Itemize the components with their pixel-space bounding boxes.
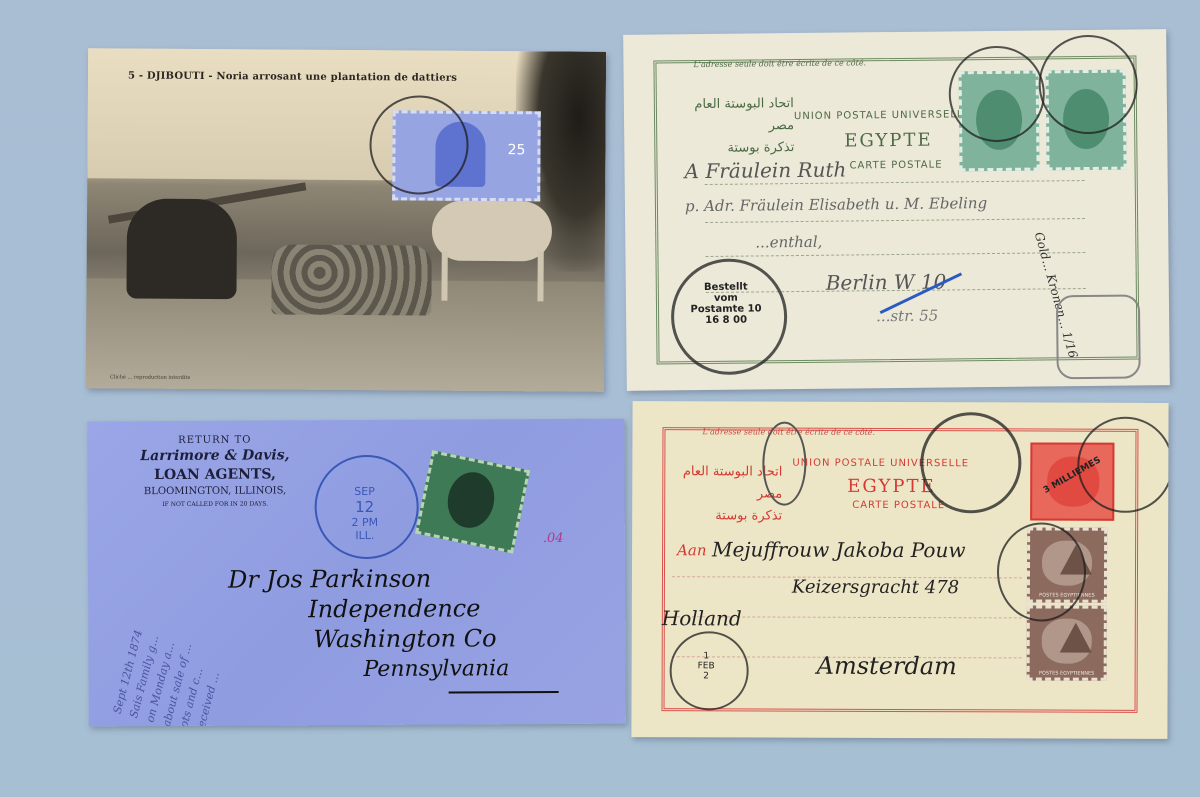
address-line-2: Keizersgracht 478 xyxy=(792,577,959,599)
address-instruction: L'adresse seule doit être écrite de ce c… xyxy=(693,58,866,69)
port-said-postmark xyxy=(948,45,1045,142)
departure-postmark xyxy=(997,522,1086,621)
address-line-1: A Fräulein Ruth xyxy=(684,158,846,184)
us-envelope: RETURN TO Larrimore & Davis, LOAN AGENTS… xyxy=(87,419,626,727)
postcard-caption: 5 - DJIBOUTI - Noria arrosant une planta… xyxy=(128,70,457,83)
portrait-icon xyxy=(443,468,499,532)
address-line-4: Amsterdam xyxy=(817,652,957,680)
transit-postmark xyxy=(1077,417,1168,513)
card-type: CARTE POSTALE xyxy=(852,500,945,511)
egypt-postcard-green: L'adresse seule doit être écrite de ce c… xyxy=(623,29,1170,391)
stamp-value: 25 xyxy=(508,142,526,158)
egypt-postcard-red: L'adresse seule doit être écrite de ce c… xyxy=(631,401,1168,739)
port-said-postmark xyxy=(1038,34,1138,134)
address-line-1: Mejuffrouw Jakoba Pouw xyxy=(712,537,965,562)
partial-postmark xyxy=(762,422,806,506)
company-city: BLOOMINGTON, ILLINOIS, xyxy=(88,485,343,497)
stamp-label: POSTES EGYPTIENNES xyxy=(1030,670,1104,676)
return-notice: IF NOT CALLED FOR IN 20 DAYS. xyxy=(88,500,343,508)
address-line-3: Holland xyxy=(662,606,742,630)
pyramid-icon xyxy=(1060,623,1092,653)
address-line-3: ...enthal, xyxy=(755,233,822,252)
arabic-line: اتحاد البوستة العام xyxy=(684,93,794,116)
company-name: Larrimore & Davis, xyxy=(87,447,342,464)
pencil-note: .04 xyxy=(543,531,564,546)
business-type: LOAN AGENTS, xyxy=(87,466,342,483)
djibouti-postcard: 5 - DJIBOUTI - Noria arrosant une planta… xyxy=(86,48,606,392)
card-type: CARTE POSTALE xyxy=(849,160,942,172)
dark-oxen xyxy=(126,198,237,299)
arabic-line: مصر xyxy=(684,115,794,138)
berlin-postmark-text: Bestellt vom Postamte 10 16 8 00 xyxy=(681,281,771,326)
address-line-4: Pennsylvania xyxy=(363,656,509,682)
country-name: EGYPTE xyxy=(844,130,933,152)
ship-postmark xyxy=(1056,294,1141,379)
arabic-heading: اتحاد البوستة العام مصر تذكرة بوستة xyxy=(684,93,795,160)
address-prefix: Aan xyxy=(677,541,707,559)
alexandria-postmark xyxy=(920,412,1021,513)
upu-heading: UNION POSTALE UNIVERSELLE xyxy=(794,109,971,122)
arabic-line: تذكرة بوستة xyxy=(672,505,782,527)
address-underline xyxy=(449,691,559,694)
address-line-3: Washington Co xyxy=(313,624,496,653)
address-line-1: Dr Jos Parkinson xyxy=(228,565,431,594)
photo-credit: Cliché ... reproduction interdite xyxy=(110,374,191,381)
donkey-legs xyxy=(441,251,543,302)
arabic-line: تذكرة بوستة xyxy=(684,137,794,160)
stone-well xyxy=(271,244,431,315)
djibouti-postmark xyxy=(369,95,469,195)
address-line-2: Independence xyxy=(308,594,480,623)
bloomington-postmark-text: SEP 12 2 PM ILL. xyxy=(325,485,405,542)
address-line-2: p. Adr. Fräulein Elisabeth u. M. Ebeling xyxy=(685,194,987,215)
side-note: Sept 12th 1874 Sais Family g... on Monda… xyxy=(109,547,251,727)
three-cent-stamp xyxy=(415,450,530,554)
amsterdam-postmark-text: 1 FEB 2 xyxy=(684,651,729,681)
return-header: RETURN TO xyxy=(87,434,342,446)
